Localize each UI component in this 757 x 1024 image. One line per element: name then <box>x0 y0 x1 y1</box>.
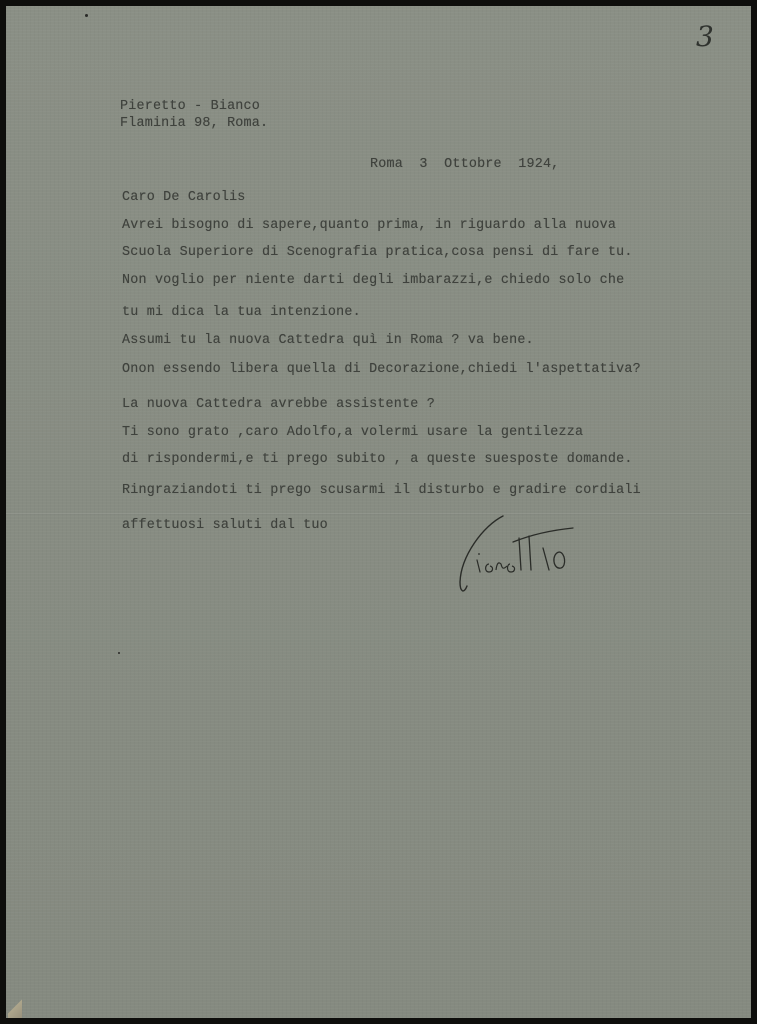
closing-line: affettuosi saluti dal tuo <box>122 518 328 533</box>
body-line: Avrei bisogno di sapere,quanto prima, in… <box>122 218 616 233</box>
sender-address: Flaminia 98, Roma. <box>120 116 268 131</box>
body-line: Ti sono grato ,caro Adolfo,a volermi usa… <box>122 425 583 440</box>
body-line: Non voglio per niente darti degli imbara… <box>122 273 624 288</box>
paper-fold-line <box>6 513 751 515</box>
body-line: Onon essendo libera quella di Decorazion… <box>122 362 641 377</box>
handwritten-signature <box>455 512 585 602</box>
body-line: Assumi tu la nuova Cattedra quì in Roma … <box>122 333 534 348</box>
body-line: Scuola Superiore di Scenografia pratica,… <box>122 245 633 260</box>
dateline: Roma 3 Ottobre 1924, <box>370 157 559 172</box>
sender-name: Pieretto - Bianco <box>120 99 260 114</box>
body-line: di rispondermi,e ti prego subito , a que… <box>122 452 633 467</box>
paper-speck <box>118 652 120 654</box>
folded-corner <box>8 998 22 1018</box>
body-line: Ringraziandoti ti prego scusarmi il dist… <box>122 483 641 498</box>
salutation: Caro De Carolis <box>122 190 246 205</box>
body-line: tu mi dica la tua intenzione. <box>122 305 361 320</box>
paper-speck <box>85 14 88 17</box>
page-number: 3 <box>696 20 714 53</box>
body-line: La nuova Cattedra avrebbe assistente ? <box>122 397 435 412</box>
